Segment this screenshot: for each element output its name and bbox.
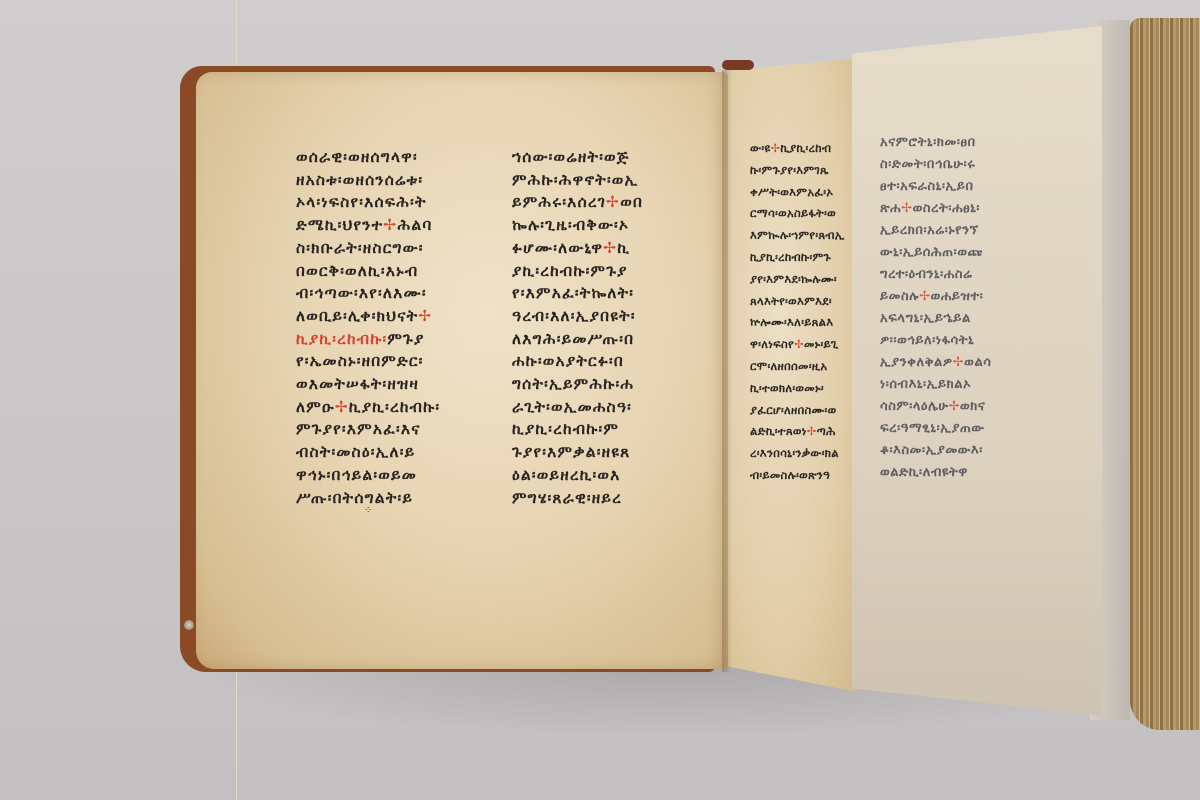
ink-text: ድሜኪ፡ህየንተ <box>296 216 383 234</box>
red-cross-mark-icon: ✢ <box>603 239 617 257</box>
ink-text: ፉሆሙ፡ለውኒዋ <box>512 239 603 257</box>
text-line: ርማሳ፡ወአስይፋት፡ወ <box>750 203 845 225</box>
text-line: ረ፡እንበሳኒ፡ንቃው፡ክል <box>750 443 845 465</box>
text-line: ኀሰው፡ወሬዘት፡ወጅ <box>512 146 643 169</box>
ink-text: ጉያየ፡እምቃል፡ዘዩጸ <box>512 443 630 461</box>
red-cross-mark-icon: ✢ <box>919 289 931 304</box>
text-line: ኪያኪ፡ረከብኩ፡ምጉ <box>750 247 845 269</box>
ink-text: ስ፡ክቡራት፡ዘስርግው፡ <box>296 239 424 257</box>
ink-text: ልድኪ፡ተጸወነ <box>750 424 807 438</box>
text-line: የ፡ኤመስኑ፡ዘበምድር፡ <box>296 350 440 373</box>
ink-text: ነ፡ሰብእኒ፡ኢይክልኦ <box>880 377 971 392</box>
text-line: እምኲሉ፡ኀምየ፡ጸብኢ <box>750 225 845 247</box>
ink-text: ስ፡ድመት፡በኅቤሁ፡ሩ <box>880 157 975 172</box>
ink-text: ይምሕሩ፡እሰረገ <box>512 193 606 211</box>
ink-text: ኢይረክበ፡አሬ፡ኑየንኘ <box>880 223 979 238</box>
text-line: ምጉያየ፡እምአፈ፡እና <box>296 418 440 441</box>
ink-text: ው፡ዩ <box>750 141 770 155</box>
text-line: ኪያኪ፡ረከብኩ፡ምጉያ <box>296 328 440 351</box>
text-line: ለምዑ✢ኪያኪ፡ረከብኩ፡ <box>296 396 440 419</box>
ink-text: ዕል፡ወይዘረኪ፡ወእ <box>512 466 621 484</box>
text-line: ወእመትሠፋት፡ዘዝዛ <box>296 373 440 396</box>
text-line: ራጊት፡ወኢመሐስዓ፡ <box>512 396 643 419</box>
ink-text: ወሰራዊ፡ወዘሰግላዋ፡ <box>296 148 418 166</box>
text-line: ው፡ዩ✢ኪያኪ፡ረከብ <box>750 138 845 160</box>
ink-text: ጸላእትየ፡ወእምእደ፡ <box>750 294 832 308</box>
ink-text: ሕልባ <box>397 216 432 234</box>
text-line: ዋኅኑ፡በኅይል፡ወይመ <box>296 464 440 487</box>
text-column-b: ኀሰው፡ወሬዘት፡ወጅምሕኩ፡ሕዋኖት፡ወኢይምሕሩ፡እሰረገ✢ወበኰሉ፡ጊዜ፡… <box>512 146 643 509</box>
red-cross-mark-icon: ✢ <box>418 307 432 325</box>
red-cross-mark-icon: ✢ <box>383 216 397 234</box>
ink-text: ሳስም፡ላዕሌሁ <box>880 399 949 414</box>
ink-text: ኪያኪ፡ረከብ <box>780 141 831 155</box>
ink-text: ኩ፡ምጉያየ፡እምገጼ <box>750 163 829 177</box>
text-line: ወሰራዊ፡ወዘሰግላዋ፡ <box>296 146 440 169</box>
text-line: ኢይረክበ፡አሬ፡ኑየንኘ <box>880 220 992 242</box>
manuscript-photo: ወሰራዊ፡ወዘሰግላዋ፡ዘአስቱ፡ወዘሰንሰሬቱ፡ኦላ፡ነፍስየ፡እሰፍሕ፡ትድ… <box>0 0 1200 800</box>
ink-text: አፍላግኒ፡ኢይኄይል <box>880 311 971 326</box>
text-line: ነ፡ሰብእኒ፡ኢይክልኦ <box>880 374 992 396</box>
text-column-a: ወሰራዊ፡ወዘሰግላዋ፡ዘአስቱ፡ወዘሰንሰሬቱ፡ኦላ፡ነፍስየ፡እሰፍሕ፡ትድ… <box>296 146 440 509</box>
ink-text: ሐኩ፡ወአያትርፉ፡በ <box>512 352 624 370</box>
red-cross-mark-icon: ✢ <box>794 337 804 351</box>
ink-text: ቀሥት፡ወእምአፈ፡ኦ <box>750 185 833 199</box>
text-line: በወርቅ፡ወለኪ፡እኑብ <box>296 260 440 283</box>
ink-text: ብ፡ይመስሉ፡ወጽንዓ <box>750 468 830 482</box>
text-line: አፍላግኒ፡ኢይኄይል <box>880 308 992 330</box>
text-line: ስ፡ድመት፡በኅቤሁ፡ሩ <box>880 154 992 176</box>
ink-text: ግሰት፡ኢይምሕኩ፡ሐ <box>512 375 634 393</box>
text-line: ሐኩ፡ወአያትርፉ፡በ <box>512 350 643 373</box>
ink-text: ዓረብ፡እለ፡ኢያበዩት፡ <box>512 307 636 325</box>
text-line: ያየ፡እምእደ፡ኰሉሙ፡ <box>750 269 845 291</box>
ink-text: ኢያንቀለቅልዎ <box>880 355 953 370</box>
text-line: ብስት፡መስዕ፡ኢለ፡ይ <box>296 441 440 464</box>
ink-text: ዎ፡፡ወኅይለ፡ነፋሳትኒ <box>880 333 974 348</box>
ink-text: ኪያኪ፡ረከብኩ፡ <box>349 398 440 416</box>
ink-text: ምግሄ፡ጸራዊ፡ዘይረ <box>512 489 622 507</box>
red-cross-mark-icon: ✢ <box>953 355 965 370</box>
text-line: ምሕኩ፡ሕዋኖት፡ወኢ <box>512 169 643 192</box>
text-line: ፀተ፡አፍራስኒ፡ኢይበ <box>880 176 992 198</box>
ink-text: እምኲሉ፡ኀምየ፡ጸብኢ <box>750 228 845 242</box>
ink-text: ወክና <box>960 399 985 414</box>
text-line: ጉያየ፡እምቃል፡ዘዩጸ <box>512 441 643 464</box>
ink-text: ምሕኩ፡ሕዋኖት፡ወኢ <box>512 171 639 189</box>
ink-text: ኪ <box>617 239 630 257</box>
ink-text: ጣሕ <box>817 424 836 438</box>
text-line: ይመስሉ✢ወሐይዝተ፡ <box>880 286 992 308</box>
ink-text: ምጉያየ፡እምአፈ፡እና <box>296 420 421 438</box>
ink-text: ያየ፡እምእደ፡ኰሉሙ፡ <box>750 272 837 286</box>
text-line: ዕል፡ወይዘረኪ፡ወእ <box>512 464 643 487</box>
ink-text: ፍረ፡ዓማፂኒ፡ኢያጠው <box>880 421 985 436</box>
ink-text: በወርቅ፡ወለኪ፡እኑብ <box>296 262 418 280</box>
left-page <box>196 72 728 669</box>
ink-text: ኦላ፡ነፍስየ፡እሰፍሕ፡ት <box>296 193 427 211</box>
text-line: የ፡እምአፈ፡ትኰለት፡ <box>512 282 643 305</box>
text-line: ኢያንቀለቅልዎ✢ወልሳ <box>880 352 992 374</box>
ink-text: ብ፡ኅጣው፡እየ፡ለእሙ፡ <box>296 284 427 302</box>
ink-text: ፀተ፡አፍራስኒ፡ኢይበ <box>880 179 974 194</box>
ink-text: ርማሳ፡ወአስይፋት፡ወ <box>750 206 836 220</box>
cover-stud <box>184 620 194 630</box>
text-line: ፍረ፡ዓማፂኒ፡ኢያጠው <box>880 418 992 440</box>
rubric-text: ኪያኪ፡ረከብኩ፡ <box>296 330 387 348</box>
text-line: ለእግሕ፡ይመሥጡ፡በ <box>512 328 643 351</box>
text-line: ወልድኪ፡ለብዩትዋ <box>880 462 992 484</box>
ink-text: ረ፡እንበሳኒ፡ንቃው፡ክል <box>750 446 839 460</box>
text-line: ቆ፡እስመ፡ኢያመውእ፡ <box>880 440 992 462</box>
ink-text: ርሞ፡ለዘበሰመ፡ዚአ <box>750 359 827 373</box>
fore-edge-page-block <box>1130 18 1200 730</box>
ink-text: መኑ፡ይጊ <box>804 337 839 351</box>
ink-text: ወእመትሠፋት፡ዘዝዛ <box>296 375 419 393</box>
text-line: ኪ፡ተወክለ፡ወመኑ፡ <box>750 378 845 400</box>
red-cross-mark-icon: ✢ <box>807 424 817 438</box>
text-line: ግሰት፡ኢይምሕኩ፡ሐ <box>512 373 643 396</box>
red-cross-mark-icon: ✢ <box>770 141 780 155</box>
red-cross-mark-icon: ✢ <box>949 399 961 414</box>
text-line: ጽሐ✢ወስረት፡ሐፀኒ፡ <box>880 198 992 220</box>
text-line: ኵሎሙ፡እለ፡ይጸልእ <box>750 312 845 334</box>
ink-text: የ፡ኤመስኑ፡ዘበምድር፡ <box>296 352 424 370</box>
text-line: ኰሉ፡ጊዜ፡ብቅው፡ኦ <box>512 214 643 237</box>
text-line: ያፈርሆ፡ለዘበስሙ፡ወ <box>750 400 845 422</box>
red-cross-mark-icon: ✢ <box>606 193 620 211</box>
text-line: ለወቢይ፡ሊቀ፡ክህናት✢ <box>296 305 440 328</box>
text-line: ዘአስቱ፡ወዘሰንሰሬቱ፡ <box>296 169 440 192</box>
text-line: ስ፡ክቡራት፡ዘስርግው፡ <box>296 237 440 260</box>
ink-text: ወበ <box>620 193 643 211</box>
ink-text: ራጊት፡ወኢመሐስዓ፡ <box>512 398 632 416</box>
ink-text: ኀሰው፡ወሬዘት፡ወጅ <box>512 148 630 166</box>
ink-text: ለወቢይ፡ሊቀ፡ክህናት <box>296 307 418 325</box>
text-column-d: አናምሮትኒ፡ክመ፡ፀበስ፡ድመት፡በኅቤሁ፡ሩፀተ፡አፍራስኒ፡ኢይበጽሐ✢ወ… <box>880 132 992 484</box>
text-line: ግረተ፡ዕብንኒ፡ሐስሬ <box>880 264 992 286</box>
text-line: ልድኪ፡ተጸወነ✢ጣሕ <box>750 421 845 443</box>
ink-text: ውኒ፡ኢይሰሕጠ፡ወጩ <box>880 245 983 260</box>
red-cross-mark-icon: ✢ <box>335 398 349 416</box>
ink-text: ለእግሕ፡ይመሥጡ፡በ <box>512 330 634 348</box>
text-line: ያኪ፡ረከብኩ፡ምጉያ <box>512 260 643 283</box>
text-line: ቀሥት፡ወእምአፈ፡ኦ <box>750 182 845 204</box>
ink-text: ኰሉ፡ጊዜ፡ብቅው፡ኦ <box>512 216 629 234</box>
text-line: ኪያኪ፡ረከብኩ፡ም <box>512 418 643 441</box>
leather-headband-tab <box>722 60 754 70</box>
ink-text: ለምዑ <box>296 398 335 416</box>
text-line: ብ፡ኅጣው፡እየ፡ለእሙ፡ <box>296 282 440 305</box>
ink-text: ያፈርሆ፡ለዘበስሙ፡ወ <box>750 403 836 417</box>
ink-text: የ፡እምአፈ፡ትኰለት፡ <box>512 284 634 302</box>
text-line: ብ፡ይመስሉ፡ወጽንዓ <box>750 465 845 487</box>
gutter-shadow <box>722 70 732 672</box>
ink-text: ሥጡ፡በትሰግልት፡ይ <box>296 489 413 507</box>
ink-text: ዋኅኑ፡በኅይል፡ወይመ <box>296 466 417 484</box>
text-line: ዎ፡፡ወኅይለ፡ነፋሳትኒ <box>880 330 992 352</box>
text-line: ኩ፡ምጉያየ፡እምገጼ <box>750 160 845 182</box>
text-line: አናምሮትኒ፡ክመ፡ፀበ <box>880 132 992 154</box>
red-cross-mark-icon: ✢ <box>901 201 913 216</box>
text-line: ድሜኪ፡ህየንተ✢ሕልባ <box>296 214 440 237</box>
ink-text: ጽሐ <box>880 201 901 216</box>
ink-text: ኵሎሙ፡እለ፡ይጸልእ <box>750 315 833 329</box>
ink-text: ዘአስቱ፡ወዘሰንሰሬቱ፡ <box>296 171 423 189</box>
text-line: ዋ፡ለነፍስየ✢መኑ፡ይጊ <box>750 334 845 356</box>
text-line: ሳስም፡ላዕሌሁ✢ወክና <box>880 396 992 418</box>
text-line: ይምሕሩ፡እሰረገ✢ወበ <box>512 191 643 214</box>
text-line: ምግሄ፡ጸራዊ፡ዘይረ <box>512 487 643 510</box>
ink-text: ወልድኪ፡ለብዩትዋ <box>880 465 968 480</box>
ink-text: ኪያኪ፡ረከብኩ፡ም <box>512 420 619 438</box>
ink-text: ኪያኪ፡ረከብኩ፡ምጉ <box>750 250 831 264</box>
ink-text: ይመስሉ <box>880 289 919 304</box>
text-line: ኦላ፡ነፍስየ፡እሰፍሕ፡ት <box>296 191 440 214</box>
ink-text: ምጉያ <box>387 330 424 348</box>
ink-text: ወሐይዝተ፡ <box>931 289 984 304</box>
text-line: ዓረብ፡እለ፡ኢያበዩት፡ <box>512 305 643 328</box>
ink-text: ብስት፡መስዕ፡ኢለ፡ይ <box>296 443 415 461</box>
text-column-c: ው፡ዩ✢ኪያኪ፡ረከብኩ፡ምጉያየ፡እምገጼቀሥት፡ወእምአፈ፡ኦርማሳ፡ወአስ… <box>750 138 845 487</box>
ink-text: ቆ፡እስመ፡ኢያመውእ፡ <box>880 443 983 458</box>
ink-text: ወልሳ <box>964 355 991 370</box>
ink-text: ዋ፡ለነፍስየ <box>750 337 794 351</box>
text-line: ውኒ፡ኢይሰሕጠ፡ወጩ <box>880 242 992 264</box>
ink-text: ያኪ፡ረከብኩ፡ምጉያ <box>512 262 628 280</box>
page-foot-mark: ⁘ <box>364 505 372 516</box>
text-line: ርሞ፡ለዘበሰመ፡ዚአ <box>750 356 845 378</box>
text-line: ፉሆሙ፡ለውኒዋ✢ኪ <box>512 237 643 260</box>
ink-text: ወስረት፡ሐፀኒ፡ <box>913 201 980 216</box>
text-line: ጸላእትየ፡ወእምእደ፡ <box>750 291 845 313</box>
ink-text: ኪ፡ተወክለ፡ወመኑ፡ <box>750 381 824 395</box>
ink-text: አናምሮትኒ፡ክመ፡ፀበ <box>880 135 976 150</box>
ink-text: ግረተ፡ዕብንኒ፡ሐስሬ <box>880 267 972 282</box>
